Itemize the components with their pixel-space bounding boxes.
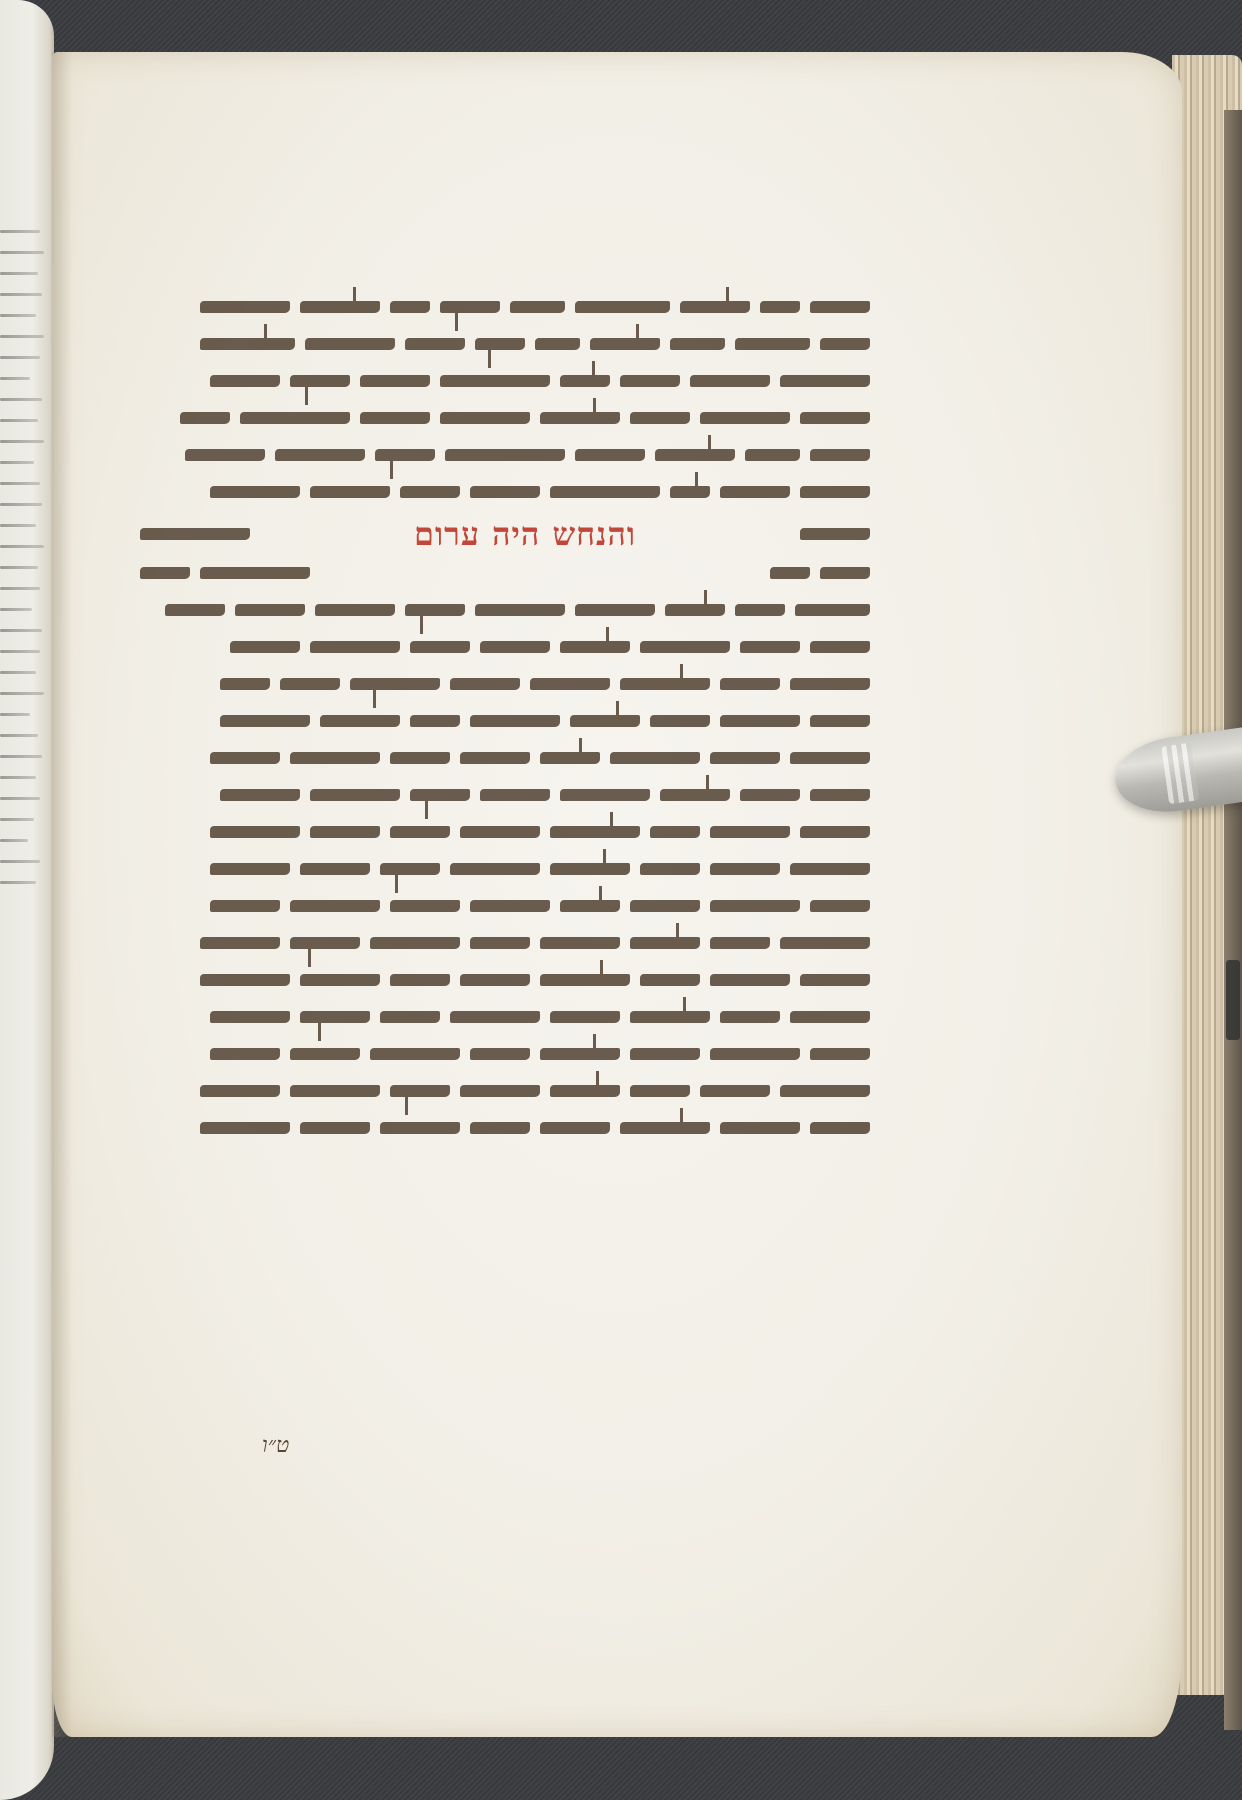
text-line	[140, 290, 870, 324]
text-line	[140, 815, 870, 849]
facing-page	[0, 0, 54, 1800]
text-line	[140, 364, 870, 398]
heading-row: והנחש היה ערום	[140, 512, 870, 556]
text-line	[140, 327, 870, 361]
rubric-heading: והנחש היה ערום	[414, 515, 636, 553]
text-line	[140, 926, 870, 960]
text-line	[140, 1111, 870, 1145]
text-line	[140, 593, 870, 627]
text-line	[140, 1000, 870, 1034]
text-line	[140, 475, 870, 509]
binding-edge	[1224, 110, 1242, 1730]
text-line	[140, 1037, 870, 1071]
text-line	[140, 704, 870, 738]
text-line	[140, 630, 870, 664]
text-line	[140, 556, 870, 590]
text-line	[140, 401, 870, 435]
shelf-label-mark	[1226, 960, 1240, 1040]
text-line	[140, 889, 870, 923]
text-line	[140, 852, 870, 886]
main-text-block: והנחש היה ערום	[140, 290, 870, 1148]
text-line	[140, 438, 870, 472]
text-line	[140, 778, 870, 812]
facing-page-text	[0, 230, 50, 1170]
catchword: ט״ו	[262, 1432, 289, 1458]
text-line	[140, 963, 870, 997]
text-line	[140, 667, 870, 701]
text-line	[140, 741, 870, 775]
text-line	[140, 1074, 870, 1108]
